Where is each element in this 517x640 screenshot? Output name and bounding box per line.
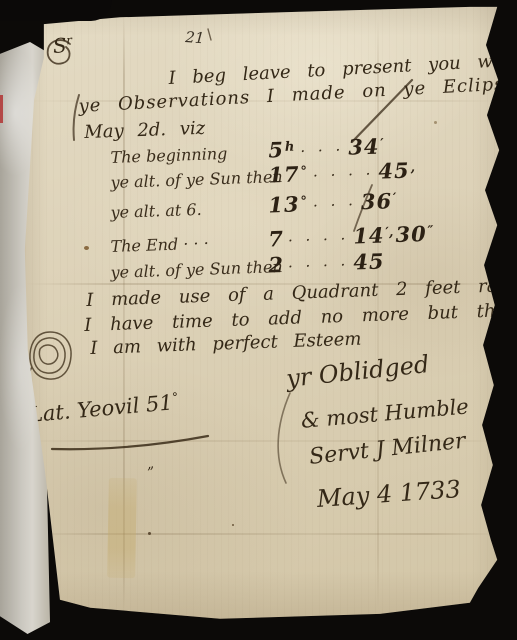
unit-mark: , xyxy=(410,160,415,175)
ditto-mark: „ xyxy=(145,456,155,473)
unit-mark: ° xyxy=(300,194,307,209)
degree-mark: ° xyxy=(172,390,179,404)
observation-value: 14 xyxy=(353,222,385,248)
observation-dots: · · · xyxy=(300,141,344,161)
date-line: May 4 1733 xyxy=(316,475,462,513)
signature: Servt J Milner xyxy=(308,429,467,470)
observation-value: 30 xyxy=(395,221,427,247)
observation-label: ye alt. at 6. xyxy=(110,197,269,222)
ink-speck xyxy=(84,246,89,250)
observation-label: ye alt. of ye Sun then xyxy=(110,167,269,192)
observation-value: 5 xyxy=(268,137,284,163)
latitude-underline xyxy=(52,436,208,449)
unit-mark: ° xyxy=(300,164,307,179)
observation-label: ye alt. of ye Sun then xyxy=(110,257,269,282)
fold-line xyxy=(26,533,498,535)
observation-value: 45 xyxy=(353,248,385,274)
unit-mark xyxy=(387,136,388,151)
observation-row: ye alt. at 6.13°· · ·36′ xyxy=(110,188,399,223)
latitude-text: Lat. Yeovil 51 xyxy=(28,390,174,426)
letter-sheet: Sr 21 I beg leave to present you with ye… xyxy=(18,5,506,620)
unit-mark: ″ xyxy=(427,223,433,238)
observation-value: 34 xyxy=(348,134,380,160)
observation-value: 45 xyxy=(378,158,410,184)
unit-mark: ′ xyxy=(393,191,397,206)
tape-stain xyxy=(107,478,137,578)
pen-flourish xyxy=(278,393,290,483)
observation-dots: · · · · xyxy=(313,165,375,185)
observation-value xyxy=(385,133,386,158)
salutation-superscript: r xyxy=(66,33,73,47)
observation-dots: · · · · xyxy=(288,256,350,276)
observation-value: 2 xyxy=(268,252,284,278)
corner-shadow-blob xyxy=(0,0,112,21)
red-edge-mark xyxy=(0,95,3,123)
closing-line: & most Humble xyxy=(300,394,470,433)
pen-flourish xyxy=(208,29,211,40)
scribble-monogram-icon xyxy=(27,332,71,385)
unit-mark: h xyxy=(285,139,295,154)
observation-value: 17 xyxy=(268,161,300,187)
observation-value: 13 xyxy=(268,191,300,217)
observation-dots: · · · · xyxy=(288,230,350,250)
observation-value: 36 xyxy=(360,188,392,214)
unit-mark: ′ xyxy=(380,136,384,151)
closing-line: yr Oblidged xyxy=(285,350,430,393)
unit-mark: ′, xyxy=(385,225,393,240)
manuscript-photo: Sr 21 I beg leave to present you with ye… xyxy=(0,0,517,640)
folio-number: 21 xyxy=(185,28,205,47)
observation-value: 7 xyxy=(268,226,284,252)
ink-speck xyxy=(232,524,234,526)
ink-speck xyxy=(434,121,437,124)
latitude-note: Lat. Yeovil 51° xyxy=(28,390,180,427)
intro-line: May 2d. viz xyxy=(84,118,206,143)
salutation: Sr xyxy=(52,33,73,58)
observation-dots: · · · xyxy=(313,195,357,215)
ink-speck xyxy=(148,532,151,535)
